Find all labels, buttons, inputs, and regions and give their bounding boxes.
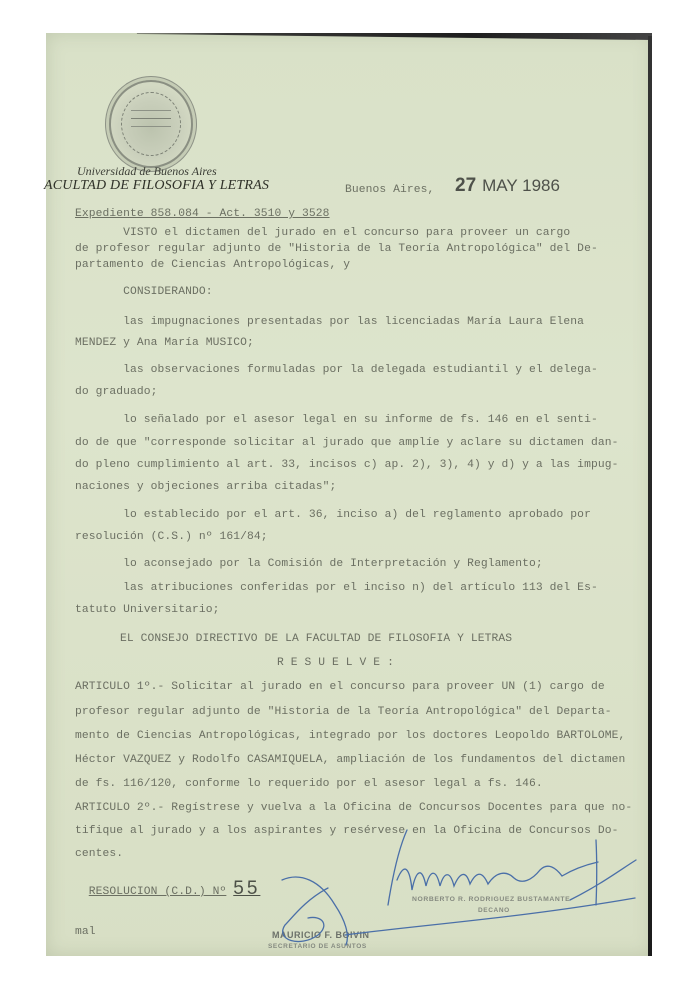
considerando-line: do pleno cumplimiento al art. 33, inciso… xyxy=(75,459,618,471)
considerando-line: do de que "corresponde solicitar al jura… xyxy=(75,437,618,449)
date-month-year: MAY 1986 xyxy=(482,176,560,195)
considerando-line: lo aconsejado por la Comisión de Interpr… xyxy=(75,558,543,570)
resuelve-heading: R E S U E L V E : xyxy=(277,657,394,669)
date-stamp: 27MAY 1986 xyxy=(455,175,560,197)
article-2-line: ARTICULO 2º.- Regístrese y vuelva a la O… xyxy=(75,802,632,814)
faculty-name: ACULTAD DE FILOSOFIA Y LETRAS xyxy=(44,178,269,194)
considerando-line: resolución (C.S.) nº 161/84; xyxy=(75,531,268,543)
considerando-line: MENDEZ y Ana María MUSICO; xyxy=(75,337,254,349)
visto-line: partamento de Ciencias Antropológicas, y xyxy=(75,259,350,271)
secretary-title: SECRETARIO DE ASUNTOS xyxy=(268,943,367,950)
considerando-line: tatuto Universitario; xyxy=(75,604,219,616)
typist-initials: mal xyxy=(75,926,96,938)
file-reference: Expediente 858.084 - Act. 3510 y 3528 xyxy=(75,208,330,220)
considerando-heading: CONSIDERANDO: xyxy=(75,286,213,298)
visto-line: de profesor regular adjunto de "Historia… xyxy=(75,243,598,255)
article-1-line: Héctor VAZQUEZ y Rodolfo CASAMIQUELA, am… xyxy=(75,754,625,766)
council-heading: EL CONSEJO DIRECTIVO DE LA FACULTAD DE F… xyxy=(120,633,512,645)
article-1-line: de fs. 116/120, conforme lo requerido po… xyxy=(75,778,543,790)
visto-line: VISTO el dictamen del jurado en el concu… xyxy=(75,227,570,239)
considerando-line: las atribuciones conferidas por el incis… xyxy=(75,582,598,594)
page-right-shadow xyxy=(648,36,652,956)
resolution-line: RESOLUCION (C.D.) Nº 55 xyxy=(75,866,260,900)
dean-name: NORBERTO R. RODRIGUEZ BUSTAMANTE xyxy=(412,896,570,903)
article-2-line: tifique al jurado y a los aspirantes y r… xyxy=(75,825,618,837)
date-day: 27 xyxy=(455,175,476,196)
considerando-line: lo señalado por el asesor legal en su in… xyxy=(75,414,598,426)
secretary-name: MAURICIO F. BOIVIN xyxy=(272,930,370,940)
article-2-line: centes. xyxy=(75,848,123,860)
dean-title: DECANO xyxy=(478,907,510,914)
considerando-line: lo establecido por el art. 36, inciso a)… xyxy=(75,509,591,521)
article-1-line: ARTICULO 1º.- Solicitar al jurado en el … xyxy=(75,681,605,693)
considerando-line: naciones y objeciones arriba citadas"; xyxy=(75,481,336,493)
resolution-number: 55 xyxy=(233,878,260,899)
considerando-line: do graduado; xyxy=(75,386,158,398)
article-1-line: mento de Ciencias Antropológicas, integr… xyxy=(75,730,625,742)
considerando-line: las observaciones formuladas por la dele… xyxy=(75,364,598,376)
place: Buenos Aires, xyxy=(345,184,434,196)
university-seal-icon xyxy=(109,80,193,168)
university-name: Universidad de Buenos Aires xyxy=(77,164,217,179)
considerando-line: las impugnaciones presentadas por las li… xyxy=(75,316,584,328)
article-1-line: profesor regular adjunto de "Historia de… xyxy=(75,706,612,718)
resolution-label: RESOLUCION (C.D.) Nº xyxy=(89,886,227,898)
